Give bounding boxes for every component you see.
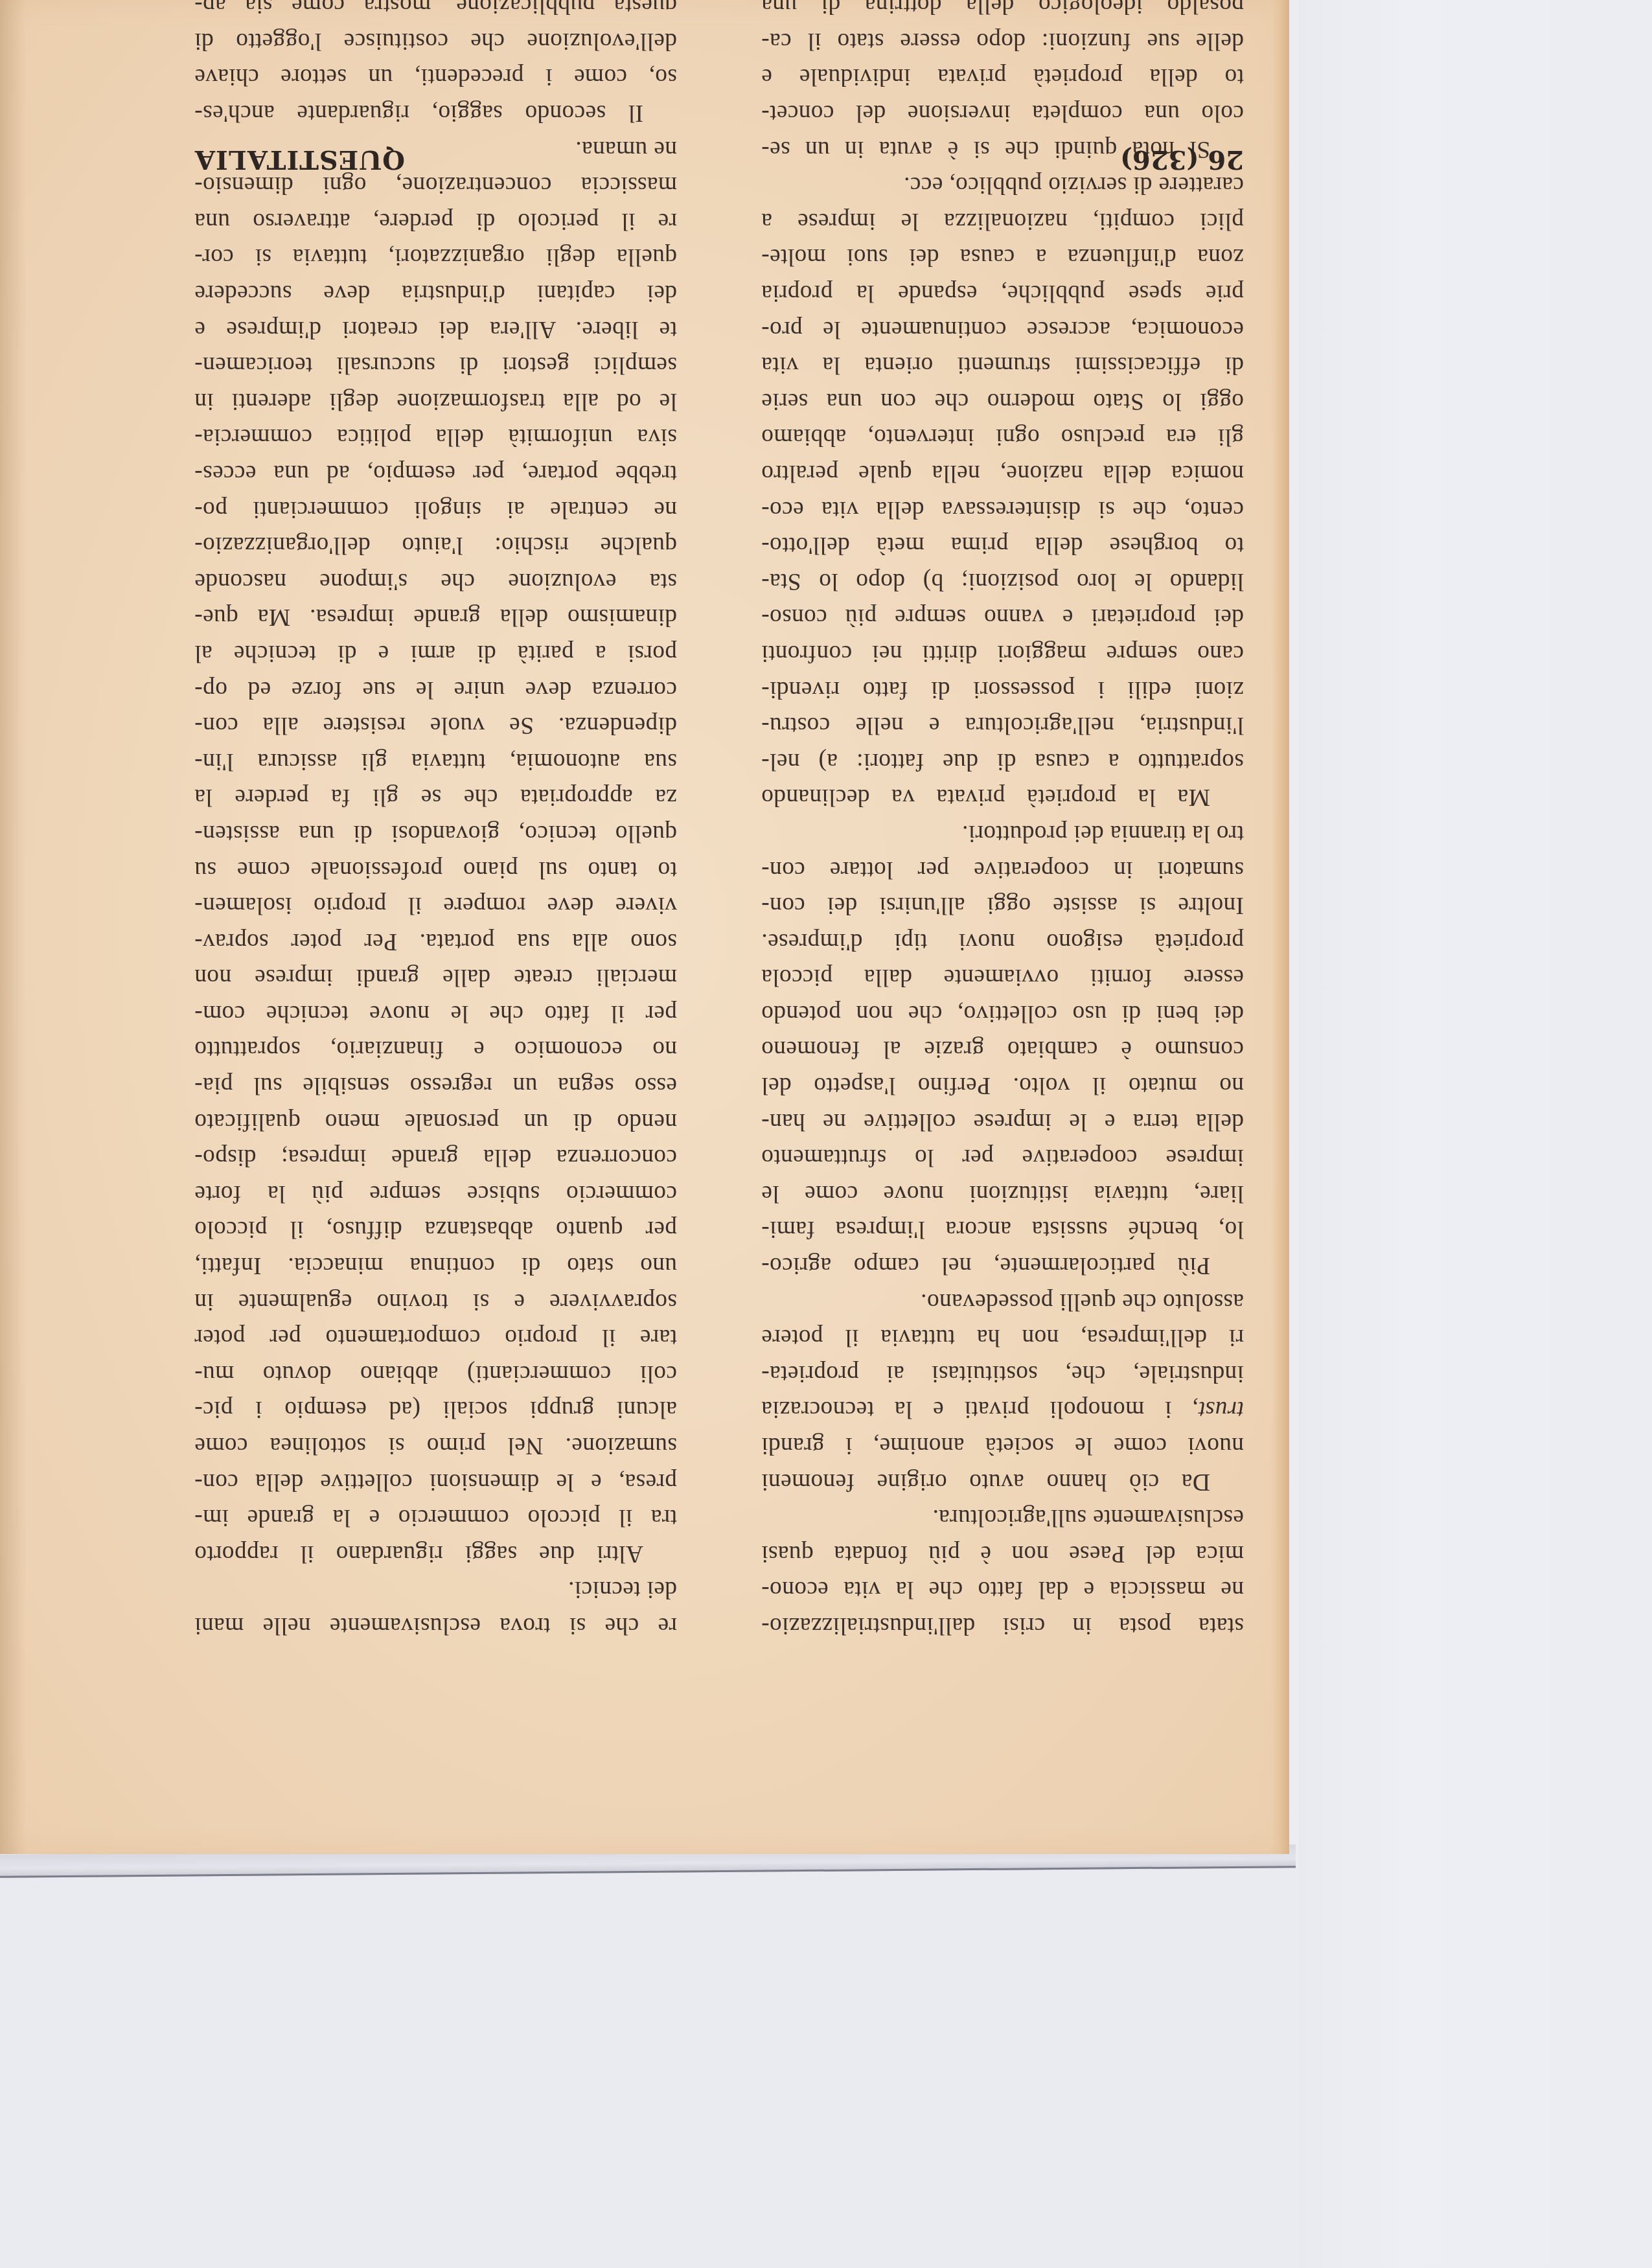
text-line: Da ciò hanno avuto origine fenomeni <box>761 1463 1244 1500</box>
scanner-background <box>1299 0 1652 2268</box>
text-line: delle sue funzioni: dopo essere stato il… <box>761 23 1244 59</box>
text-line: gli era precluso ogni intervento, abbiam… <box>761 419 1244 455</box>
text-line: tro la tirannia dei produttori. <box>761 815 1244 851</box>
text-line: proprietà esigono nuovi tipi d'imprese. <box>761 923 1244 959</box>
text-line: ri dell'impresa, non ha tuttavia il pote… <box>761 1320 1244 1356</box>
text-line: quella degli organizzatori, tuttavia si … <box>194 239 677 275</box>
text-line: to borghese della prima metà dell'otto- <box>761 527 1244 564</box>
scanned-page: stata posta in crisi dall'industrializza… <box>0 0 1289 1854</box>
text-line: oggi lo Stato moderno che con una serie <box>761 383 1244 419</box>
text-line: dinamismo della grande impresa. Ma que- <box>194 599 677 636</box>
text-line: re che si trova esclusivamente nelle man… <box>194 1607 677 1644</box>
text-line: Ma la proprietà privata va declinando <box>761 779 1244 816</box>
text-line: Più particolarmente, nel campo agrico- <box>761 1247 1244 1283</box>
text-line: tra il piccolo commercio e la grande im- <box>194 1500 677 1536</box>
text-line: sta evoluzione che s'impone nasconde <box>194 563 677 599</box>
text-line: Inoltre si assiste oggi all'unirsi dei c… <box>761 888 1244 924</box>
text-line: questa pubblicazione, mostra come sia ap… <box>194 0 677 23</box>
text-line: correnza deve unire le sue forze ed op- <box>194 671 677 707</box>
text-line: coli commercianti) abbiano dovuto mu- <box>194 1355 677 1392</box>
scanner-background-bottom <box>0 1869 1299 2268</box>
text-line: concorrenza della grande impresa; dispo- <box>194 1140 677 1176</box>
text-line: zona d'influenza a causa dei suoi molte- <box>761 239 1244 275</box>
text-line: zioni edili i possessori di fatto rivend… <box>761 671 1244 707</box>
text-line: sumazione. Nel primo si sottolinea come <box>194 1427 677 1463</box>
text-line: sua autonomia, tuttavia gli assicura l'i… <box>194 743 677 779</box>
text-column-2: re che si trova esclusivamente nelle man… <box>194 0 677 1644</box>
text-line: lo, benché sussista ancora l'impresa fam… <box>761 1211 1244 1248</box>
text-line: so, come i precedenti, un settore chiave <box>194 59 677 95</box>
text-line: tare il proprio comportamento per poter <box>194 1320 677 1356</box>
text-line: per quanto abbastanza diffuso, il piccol… <box>194 1211 677 1248</box>
text-line: vivere deve rompere il proprio isolamen- <box>194 888 677 924</box>
text-line: trebbe portare, per esempio, ad una ecce… <box>194 455 677 491</box>
text-line: to tanto sul piano professionale come su <box>194 851 677 888</box>
text-line: stata posta in crisi dall'industrializza… <box>761 1607 1244 1644</box>
text-line: plici compiti, nazionalizza le imprese a <box>761 203 1244 239</box>
text-line: sono alla sua portata. Per poter soprav- <box>194 923 677 959</box>
text-line: ne massiccia e dal fatto che la vita eco… <box>761 1572 1244 1608</box>
text-line: della terra e le imprese collettive ne h… <box>761 1103 1244 1140</box>
text-line: trust, i monopoli privati e la tecnocraz… <box>761 1392 1244 1428</box>
text-line: imprese cooperative per lo sfruttamento <box>761 1140 1244 1176</box>
text-line: semplici gestori di succursali teoricame… <box>194 347 677 384</box>
text-line: posaldo ideologico della dottrina di una <box>761 0 1244 23</box>
text-line: nuovi come le società anonime, i grandi <box>761 1427 1244 1463</box>
text-line: dei tecnici. <box>194 1572 677 1608</box>
text-line: to della proprietà privata individuale e <box>761 59 1244 95</box>
text-line: cano sempre maggiori diritti nei confron… <box>761 635 1244 671</box>
text-line: consumo è cambiato grazie al fenomeno <box>761 1031 1244 1068</box>
text-line: Altri due saggi riguardano il rapporto <box>194 1535 677 1572</box>
text-line: dei capitani d'industria deve succedere <box>194 275 677 311</box>
text-line: nomica della nazione, nella quale peralt… <box>761 455 1244 491</box>
text-line: no mutato il volto. Perfino l'aspetto de… <box>761 1068 1244 1104</box>
text-line: sumatori in cooperative per lottare con- <box>761 851 1244 888</box>
text-line: prie spese pubbliche, espande la propria <box>761 275 1244 311</box>
text-line: qualche rischio: l'aiuto dell'organizzaz… <box>194 527 677 564</box>
text-line: ne centrale ai singoli commercianti po- <box>194 491 677 527</box>
text-line: liare, tuttavia istituzioni nuove come l… <box>761 1175 1244 1211</box>
text-line: dei proprietari e vanno sempre più conso… <box>761 599 1244 636</box>
text-line: siva uniformità della politica commercia… <box>194 419 677 455</box>
text-line: dei beni di uso collettivo, che non pote… <box>761 995 1244 1031</box>
text-line: te libere. All'era dei creatori d'impres… <box>194 311 677 347</box>
text-line: dell'evoluzione che costituisce l'oggett… <box>194 23 677 59</box>
text-line: le od alla trasformazione degli aderenti… <box>194 383 677 419</box>
text-line: commercio subisce sempre più la forte <box>194 1175 677 1211</box>
text-line: Il secondo saggio, riguardante anch'es- <box>194 95 677 131</box>
text-line: essere forniti ovviamente dalla piccola <box>761 959 1244 996</box>
text-line: presa, e le dimensioni collettive della … <box>194 1463 677 1500</box>
text-line: uno stato di continua minaccia. Infatti, <box>194 1247 677 1283</box>
text-line: industriale, che, sostituitasi ai propri… <box>761 1355 1244 1392</box>
text-line: porsi a parità di armi e di tecniche al <box>194 635 677 671</box>
text-line: merciali create dalle grandi imprese non <box>194 959 677 996</box>
text-line: cento, che si disinteressava della vita … <box>761 491 1244 527</box>
text-line: l'industria, nell'agricoltura e nelle co… <box>761 707 1244 744</box>
journal-title: QUESTITALIA <box>194 144 405 175</box>
text-line: economica, accresce continuamente le pro… <box>761 311 1244 347</box>
text-line: colo una completa inversione del concet- <box>761 95 1244 131</box>
text-line: quello tecnico, giovandosi di una assist… <box>194 815 677 851</box>
text-line: nendo di un personale meno qualificato <box>194 1103 677 1140</box>
text-line: lidando le loro posizioni; b) dopo lo St… <box>761 563 1244 599</box>
text-line: assoluto che quelli possedevano. <box>761 1283 1244 1320</box>
text-column-1: stata posta in crisi dall'industrializza… <box>761 0 1244 1644</box>
text-line: dipendenza. Se vuole resistere alla con- <box>194 707 677 744</box>
text-line: alcuni gruppi sociali (ad esempio i pic- <box>194 1392 677 1428</box>
text-line: per il fatto che le nuove tecniche com- <box>194 995 677 1031</box>
text-line: no economico e finanziario, soprattutto <box>194 1031 677 1068</box>
text-line: mica del Paese non è più fondata quasi <box>761 1535 1244 1572</box>
text-line: re il pericolo di perdere, attraverso un… <box>194 203 677 239</box>
page-number: 26 (326) <box>1120 144 1244 175</box>
text-line: esso segna un regresso sensibile sul pia… <box>194 1068 677 1104</box>
text-line: di efficacissimi strumenti orienta la vi… <box>761 347 1244 384</box>
text-line: soprattutto a causa di due fattori: a) n… <box>761 743 1244 779</box>
text-line: esclusivamente sull'agricoltura. <box>761 1500 1244 1536</box>
text-line: za appropriata che se gli fa perdere la <box>194 779 677 816</box>
text-line: sopravvivere e si trovino egualmente in <box>194 1283 677 1320</box>
